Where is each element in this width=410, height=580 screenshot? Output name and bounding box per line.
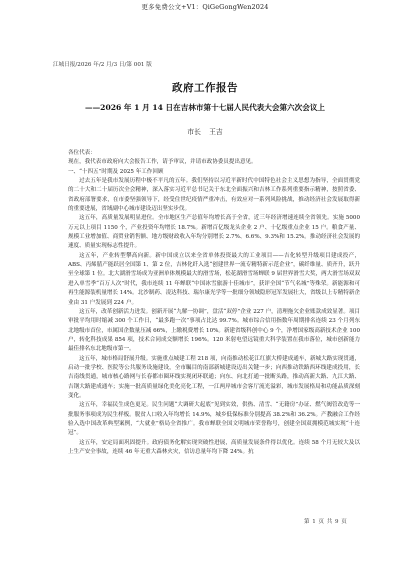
- document-title: 政府工作报告: [0, 80, 410, 95]
- body-paragraph: 这五年，幸福民生成色更足。民生问题“大调研大起底”见到实效，供热、清雪、“无籍房…: [68, 401, 360, 438]
- body-paragraph: 这五年，安定局面巩固提升。政府债务化解实现突破性进展，高质量发展条件得以优化。连…: [68, 439, 360, 458]
- salutation: 各位代表：: [68, 149, 360, 158]
- report-body: 各位代表： 现在，我代表市政府向大会报告工作，请予审议，并请市政协委员提出意见。…: [68, 149, 360, 457]
- section-heading: 一、“十四五”时期及 2025 年工作回顾: [68, 168, 360, 177]
- publication-meta: 江城日报/2026 年/2 月/3 日/第 001 版: [53, 60, 152, 68]
- author-line: 市长 王吉: [0, 126, 410, 136]
- body-paragraph: 这五年，高质量发展明显进位。全市地区生产总值年均增长高于全省，近三年经济增速连续…: [68, 214, 360, 251]
- body-paragraph: 这五年，产业转型攀高向新。新中国成立以来全省单体投资最大的工业项目——吉化转型升…: [68, 252, 360, 308]
- opening-paragraph: 现在，我代表市政府向大会报告工作，请予审议，并请市政协委员提出意见。: [68, 158, 360, 167]
- watermark-banner: 更多免费公文+V1：QiGeGongWen2024: [0, 2, 410, 11]
- body-paragraph: 这五年，改革创新活力迸发。创新开展“九解一协调”，盘活“双停”企业 227 户，…: [68, 308, 360, 355]
- body-paragraph: 过去五年是我市发展历程中极不平凡的五年。我们坚持以习近平新时代中国特色社会主义思…: [68, 177, 360, 214]
- document-subtitle: ——2026 年 1 月 14 日在吉林市第十七届人民代表大会第六次会议上: [0, 102, 410, 113]
- page-number: 第 1 页 共 9 页: [304, 517, 347, 525]
- body-paragraph: 这五年，城市格局舒展升级。实施重点城建工程 218 项，向南推动松花江红旗大桥建…: [68, 355, 360, 402]
